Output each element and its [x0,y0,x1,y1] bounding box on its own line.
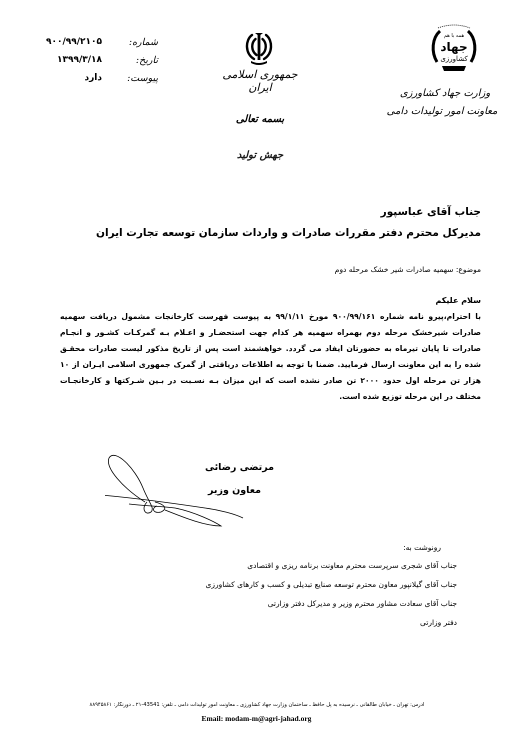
recipient-name: جناب آقای عباسپور [381,206,481,218]
letter-number-label: شماره: [118,37,158,48]
svg-text:کشاورزی: کشاورزی [440,55,468,63]
letter-body: با احترام،پیرو نامه شماره ۹۰۰/۹۹/۱۶۱ مور… [60,309,481,405]
svg-text:جهاد: جهاد [440,40,467,54]
signer-title: معاون وزیر [208,485,261,496]
jahad-keshavarzi-logo-icon: همه با هم جهاد کشاورزی [430,24,478,76]
body-line: شده را به این معاونت ارسال فرمایید. ضمنا… [60,357,481,373]
letter-subject: موضوع: سهمیه صادرات شیر خشک مرحله دوم [335,265,481,274]
greeting: سلام علیکم [435,296,481,305]
cc-item: جناب آقای سعادت مشاور محترم وزیر و مدیرک… [268,599,457,608]
signer-name: مرتضی رضائی [205,462,274,473]
body-line: هزار تن مرحله اول حدود ۲۰۰۰ تن صادر نشده… [60,373,481,389]
cc-item: جناب آقای گیلانپور معاون محترم توسعه صنا… [205,580,457,589]
attachment-label: پیوست: [118,73,158,84]
attachment-value: دارد [28,73,118,83]
body-line: صادرات شیرخشک مرحله دوم بهمراه سهمیه هر … [60,325,481,341]
year-slogan: جهش تولید [225,150,295,161]
svg-text:همه با هم: همه با هم [444,33,465,39]
cc-item: دفتر وزارتی [420,618,457,627]
republic-title: جمهوری اسلامی ایران [218,68,302,94]
cc-item: جناب آقای شجری سرپرست محترم معاونت برنام… [247,561,457,570]
iran-emblem-icon [243,30,275,66]
ministry-name: وزارت جهاد کشاورزی [395,88,495,99]
letter-date-value: ۱۳۹۹/۳/۱۸ [28,55,118,65]
body-line: صادرات تا پایان تیرماه به حضورتان ایفاد … [60,341,481,357]
recipient-title: مدیرکل محترم دفتر مقررات صادرات و واردات… [96,227,481,239]
letter-date-label: تاریخ: [118,55,158,66]
letter-date-row: تاریخ: ۱۳۹۹/۳/۱۸ [28,52,158,68]
letter-number-row: شماره: ۹۰۰/۹۹/۲۱۰۵ [28,34,158,50]
footer-address: آدرس: تهران ـ خیابان طالقانی ـ نرسیده به… [55,702,459,708]
attachment-row: پیوست: دارد [28,70,158,86]
letter-number-value: ۹۰۰/۹۹/۲۱۰۵ [28,37,118,47]
cc-label: رونوشت به: [403,543,441,552]
body-line: با احترام،پیرو نامه شماره ۹۰۰/۹۹/۱۶۱ مور… [60,309,481,325]
bismillah-heading: بسمه تعالی [230,114,290,125]
footer-email: Email: modam-m@agri-jahad.org [0,714,513,723]
body-line: مختلف در این مرحله توزیع شده است. [60,389,481,405]
deputy-office-name: معاونت امور تولیدات دامی [380,106,504,117]
